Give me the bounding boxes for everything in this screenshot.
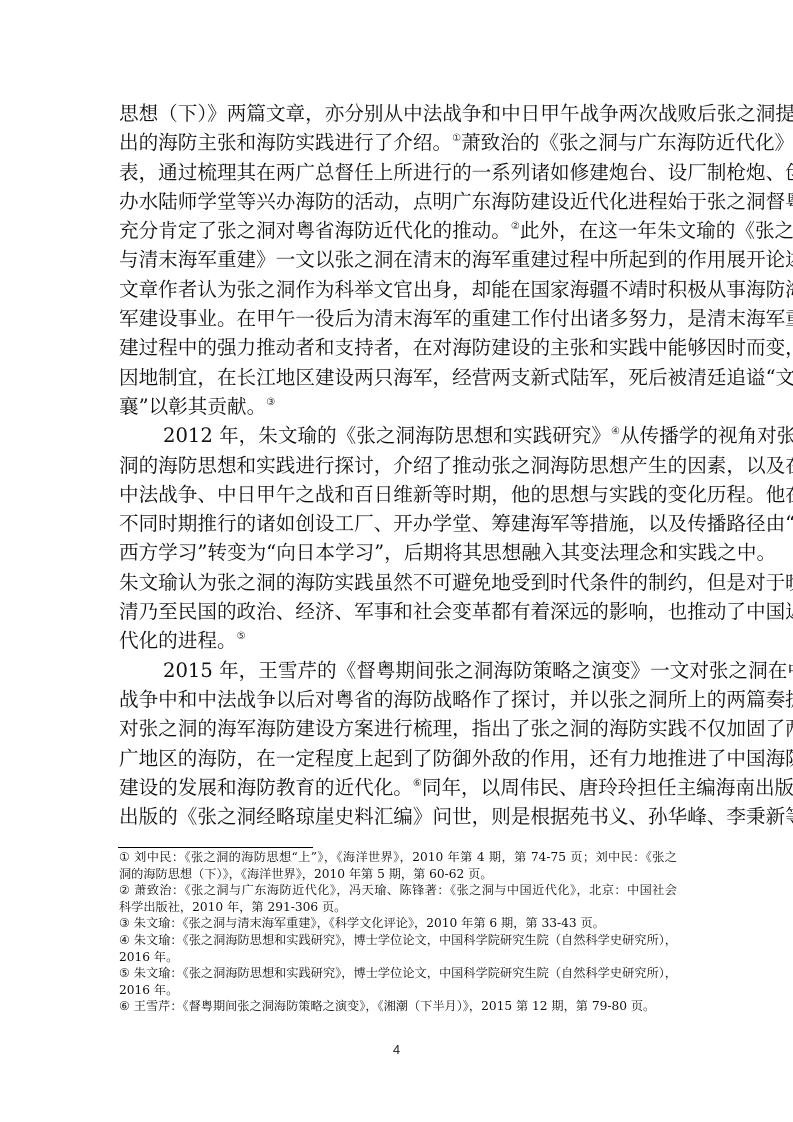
body-line: 不同时期推行的诸如创设工厂、开办学堂、筹建海军等措施，以及传播路径由“向 (119, 509, 677, 538)
body-line: 战争中和中法战争以后对粤省的海防战略作了探讨，并以张之洞所上的两篇奏折 (119, 685, 677, 714)
body-line: 文章作者认为张之洞作为科举文官出身，却能在国家海疆不靖时积极从事海防海 (119, 275, 677, 304)
body-line: 代化的进程。⑤ (119, 626, 677, 655)
body-text: 思想（下）》两篇文章，亦分别从中法战争和中日甲午战争两次战败后张之洞提 出的海防… (119, 99, 677, 831)
document-page: 思想（下）》两篇文章，亦分别从中法战争和中日甲午战争两次战败后张之洞提 出的海防… (0, 0, 793, 1122)
body-line: 充分肯定了张之洞对粤省海防近代化的推动。②此外，在这一年朱文瑜的《张之洞 (119, 216, 677, 245)
footnote-2-cont: 科学出版社，2010 年，第 291-306 页。 (119, 899, 677, 916)
footnote-2: ②萧致治：《张之洞与广东海防近代化》，冯天瑜、陈锋著：《张之洞与中国近代化》，北… (119, 882, 677, 899)
body-line: 思想（下）》两篇文章，亦分别从中法战争和中日甲午战争两次战败后张之洞提 (119, 99, 677, 128)
body-line: 清乃至民国的政治、经济、军事和社会变革都有着深远的影响，也推动了中国近 (119, 597, 677, 626)
body-line: 西方学习”转变为“向日本学习”，后期将其思想融入其变法理念和实践之中。 (119, 538, 677, 567)
footnote-4: ④朱文瑜：《张之洞海防思想和实践研究》，博士学位论文，中国科学院研究生院（自然科… (119, 932, 677, 949)
footnote-ref[interactable]: ⑤ (237, 631, 246, 642)
footnote-ref[interactable]: ⑥ (413, 778, 422, 789)
footnote-4-cont: 2016 年。 (119, 949, 677, 966)
footnote-separator (118, 847, 313, 848)
body-line: 出的海防主张和海防实践进行了介绍。①萧致治的《张之洞与广东海防近代化》发 (119, 128, 677, 157)
body-line: 襄”以彰其贡献。③ (119, 392, 677, 421)
footnote-1: ①刘中民：《张之洞的海防思想“上”》，《海洋世界》，2010 年第 4 期，第 … (119, 849, 677, 866)
footnote-5-cont: 2016 年。 (119, 982, 677, 999)
body-line: 中法战争、中日甲午之战和百日维新等时期，他的思想与实践的变化历程。他在 (119, 480, 677, 509)
body-line: 洞的海防思想和实践进行探讨，介绍了推动张之洞海防思想产生的因素，以及在 (119, 451, 677, 480)
body-line: 出版的《张之洞经略琼崖史料汇编》问世，则是根据苑书义、孙华峰、李秉新等 (119, 802, 677, 831)
footnote-ref[interactable]: ④ (611, 426, 620, 437)
footnote-marker: ② (119, 883, 130, 897)
body-line: 因地制宜，在长江地区建设两只海军，经营两支新式陆军，死后被清廷追谥“文 (119, 363, 677, 392)
footnote-marker: ① (119, 850, 130, 864)
footnote-5: ⑤朱文瑜：《张之洞海防思想和实践研究》，博士学位论文，中国科学院研究生院（自然科… (119, 965, 677, 982)
body-line: 办水陆师学堂等兴办海防的活动，点明广东海防建设近代化进程始于张之洞督粤， (119, 187, 677, 216)
footnote-marker: ⑤ (119, 966, 130, 980)
body-line: 表，通过梳理其在两广总督任上所进行的一系列诸如修建炮台、设厂制枪炮、创 (119, 158, 677, 187)
footnote-ref[interactable]: ① (452, 133, 461, 144)
footnote-ref[interactable]: ② (511, 221, 520, 232)
footnote-marker: ④ (119, 933, 130, 947)
paragraph-start: 2012 年，朱文瑜的《张之洞海防思想和实践研究》④从传播学的视角对张之 (119, 421, 677, 450)
footnote-1-cont: 洞的海防思想（下）》，《海洋世界》，2010 年第 5 期，第 60-62 页。 (119, 866, 677, 883)
body-line: 朱文瑜认为张之洞的海防实践虽然不可避免地受到时代条件的制约，但是对于晚 (119, 568, 677, 597)
footnotes: ①刘中民：《张之洞的海防思想“上”》，《海洋世界》，2010 年第 4 期，第 … (119, 849, 677, 1015)
footnote-marker: ③ (119, 916, 130, 930)
footnote-3: ③朱文瑜：《张之洞与清末海军重建》，《科学文化评论》，2010 年第 6 期，第… (119, 915, 677, 932)
page-number: 4 (0, 1042, 793, 1057)
paragraph-start: 2015 年，王雪芹的《督粤期间张之洞海防策略之演变》一文对张之洞在中法 (119, 656, 677, 685)
body-line: 广地区的海防，在一定程度上起到了防御外敌的作用，还有力地推进了中国海防 (119, 744, 677, 773)
footnote-marker: ⑥ (119, 999, 130, 1013)
body-line: 军建设事业。在甲午一役后为清末海军的重建工作付出诸多努力，是清末海军重 (119, 304, 677, 333)
body-line: 对张之洞的海军海防建设方案进行梳理，指出了张之洞的海防实践不仅加固了两 (119, 714, 677, 743)
body-line: 与清末海军重建》一文以张之洞在清末的海军重建过程中所起到的作用展开论述， (119, 245, 677, 274)
footnote-ref[interactable]: ③ (266, 397, 275, 408)
body-line: 建过程中的强力推动者和支持者，在对海防建设的主张和实践中能够因时而变， (119, 333, 677, 362)
footnote-6: ⑥王雪芹：《督粤期间张之洞海防策略之演变》，《湘潮（下半月）》，2015 第 1… (119, 998, 677, 1015)
body-line: 建设的发展和海防教育的近代化。⑥同年，以周伟民、唐玲玲担任主编海南出版社 (119, 773, 677, 802)
